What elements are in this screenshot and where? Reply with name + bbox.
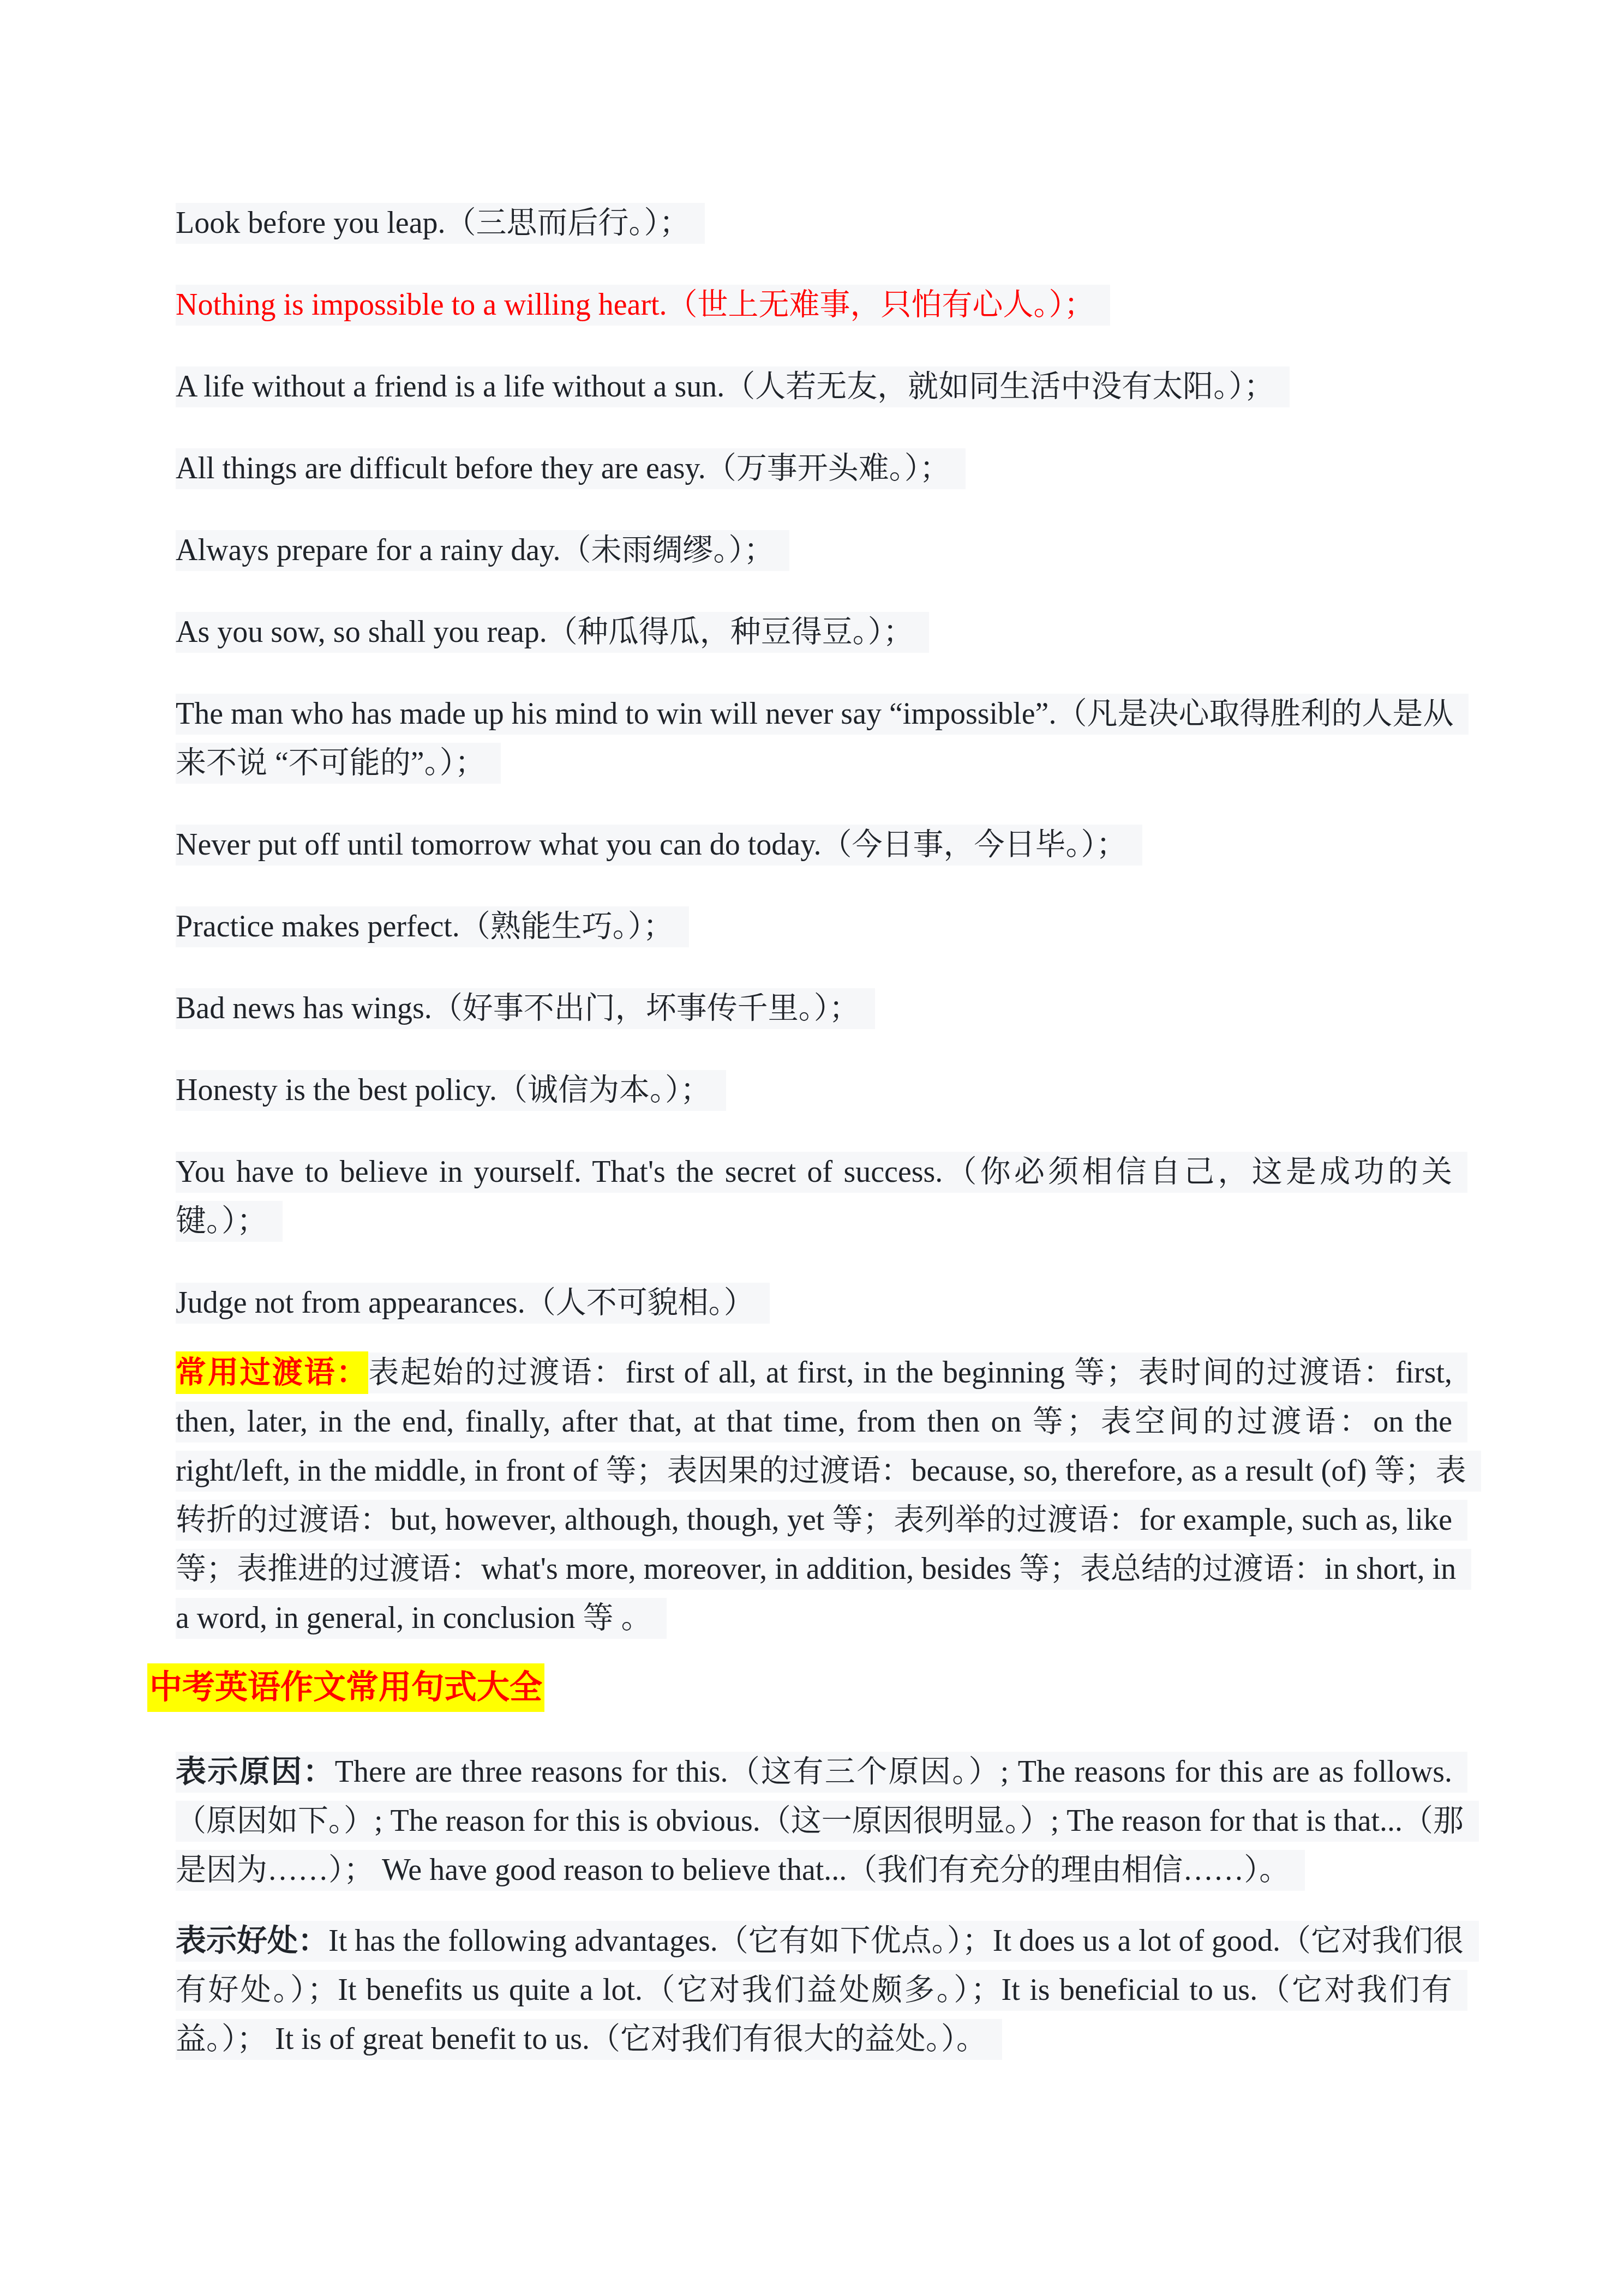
- proverb-english: You have to believe in yourself. That's …: [176, 1155, 943, 1189]
- transitions-label: 常用过渡语：: [176, 1351, 368, 1394]
- proverb-item: Always prepare for a rainy day.（未雨绸缪。）；: [176, 526, 1467, 575]
- pattern-label: 表示原因：: [176, 1755, 335, 1789]
- proverb-english: A life without a friend is a life withou…: [176, 370, 724, 404]
- proverb-item: Honesty is the best policy.（诚信为本。）；: [176, 1066, 1467, 1115]
- proverb-item-highlighted: Nothing is impossible to a willing heart…: [176, 280, 1467, 329]
- proverb-chinese: （万事开头难。）；: [706, 452, 950, 485]
- proverb-english: Judge not from appearances.: [176, 1286, 525, 1320]
- proverb-item: You have to believe in yourself. That's …: [176, 1147, 1467, 1246]
- proverb-english: Look before you leap.: [176, 206, 445, 240]
- proverb-chinese: （熟能生巧。）；: [460, 910, 674, 943]
- proverb-item: As you sow, so shall you reap.（种瓜得瓜，种豆得豆…: [176, 608, 1467, 657]
- proverb-item: A life without a friend is a life withou…: [176, 362, 1467, 411]
- proverb-chinese: （今日事，今日毕。）；: [822, 828, 1127, 862]
- proverb-english: Practice makes perfect.: [176, 910, 460, 943]
- proverb-item: Practice makes perfect.（熟能生巧。）；: [176, 902, 1467, 951]
- proverb-english: All things are difficult before they are…: [176, 452, 706, 485]
- proverb-english: Bad news has wings.: [176, 991, 432, 1025]
- proverb-english: Never put off until tomorrow what you ca…: [176, 828, 822, 862]
- proverb-item: The man who has made up his mind to win …: [176, 689, 1467, 788]
- proverb-english: The man who has made up his mind to win …: [176, 697, 1056, 731]
- proverb-chinese: （种瓜得瓜，种豆得豆。）；: [547, 615, 914, 649]
- proverb-chinese: （人不可貌相。）: [525, 1286, 754, 1320]
- proverb-english: Honesty is the best policy.: [176, 1073, 497, 1107]
- proverb-english: Always prepare for a rainy day.: [176, 533, 560, 567]
- proverb-chinese: （未雨绸缪。）；: [560, 533, 774, 567]
- pattern-paragraph-reasons: 表示原因：There are three reasons for this.（这…: [176, 1747, 1467, 1895]
- proverb-item: Never put off until tomorrow what you ca…: [176, 820, 1467, 869]
- transitions-text: 表起始的过渡语：first of all, at first, in the b…: [176, 1353, 1481, 1639]
- proverb-item: Look before you leap.（三思而后行。）；: [176, 199, 1467, 248]
- transitions-paragraph: 常用过渡语：表起始的过渡语：first of all, at first, in…: [176, 1348, 1467, 1643]
- proverb-english: Nothing is impossible to a willing heart…: [176, 288, 667, 322]
- pattern-text: There are three reasons for this.（这有三个原因…: [176, 1755, 1464, 1887]
- pattern-paragraph-benefits: 表示好处：It has the following advantages.（它有…: [176, 1916, 1467, 2064]
- proverb-chinese: （人若无友，就如同生活中没有太阳。）；: [724, 370, 1274, 404]
- proverb-chinese: （好事不出门，坏事传千里。）；: [432, 991, 860, 1025]
- proverb-item: Judge not from appearances.（人不可貌相。）: [176, 1278, 1467, 1327]
- proverb-chinese: （诚信为本。）；: [497, 1073, 711, 1107]
- proverb-english: As you sow, so shall you reap.: [176, 615, 547, 649]
- pattern-label: 表示好处：: [176, 1924, 328, 1958]
- proverb-item: Bad news has wings.（好事不出门，坏事传千里。）；: [176, 984, 1467, 1033]
- proverb-chinese: （世上无难事，只怕有心人。）；: [667, 288, 1095, 322]
- section-heading: 中考英语作文常用句式大全: [147, 1663, 544, 1712]
- proverb-chinese: （三思而后行。）；: [445, 206, 690, 240]
- proverb-item: All things are difficult before they are…: [176, 444, 1467, 493]
- pattern-text: It has the following advantages.（它有如下优点。…: [176, 1924, 1464, 2056]
